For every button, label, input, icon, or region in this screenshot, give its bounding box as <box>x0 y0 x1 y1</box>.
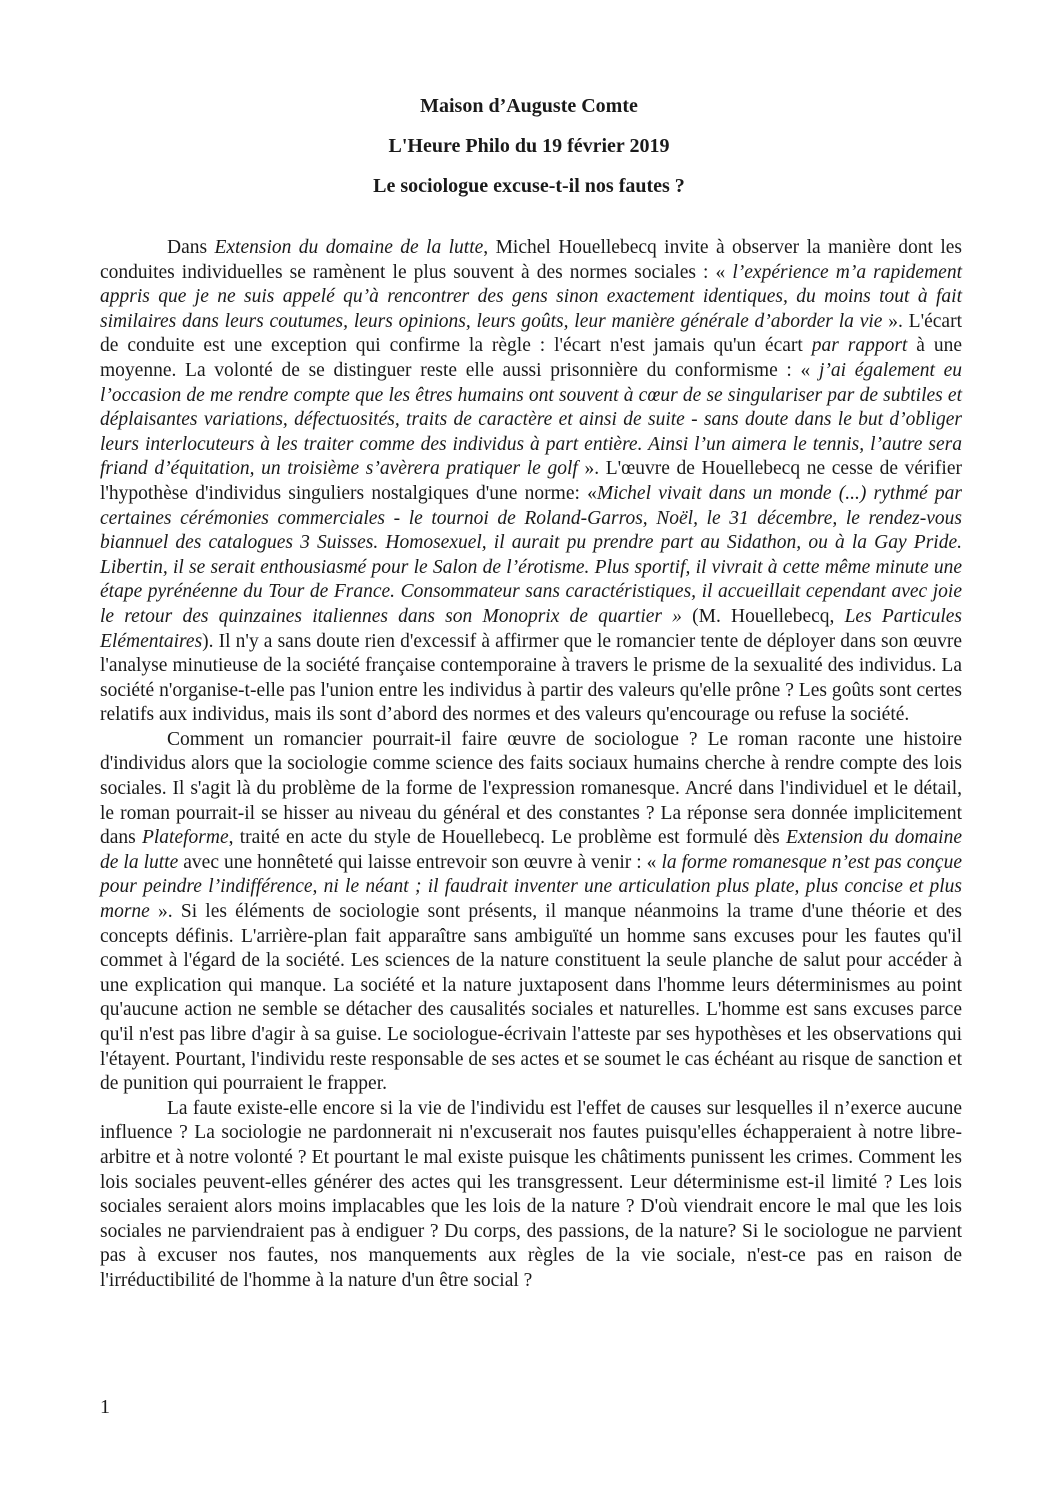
paragraph: La faute existe-elle encore si la vie de… <box>100 1097 962 1294</box>
italic-run: Plateforme <box>142 827 229 848</box>
paragraph: Comment un romancier pourrait-il faire œ… <box>100 728 962 1097</box>
text-run: avec une honnêteté qui laisse entrevoir … <box>178 852 661 873</box>
text-run: Dans <box>167 237 214 258</box>
paragraph: Dans Extension du domaine de la lutte, M… <box>100 236 962 728</box>
document-body: Dans Extension du domaine de la lutte, M… <box>0 214 1058 1294</box>
italic-run: Extension du domaine de la lutte <box>214 237 483 258</box>
text-run: , traité en acte du style de Houellebecq… <box>229 827 786 848</box>
page-number: 1 <box>100 1396 110 1419</box>
title-line-2: Le sociologue excuse-t-il nos fautes ? <box>0 174 1058 198</box>
text-run: ). Il n'y a sans doute rien d'excessif à… <box>100 631 962 726</box>
italic-run: par rapport <box>812 335 908 356</box>
title-line-1: L'Heure Philo du 19 février 2019 <box>0 134 1058 158</box>
title-block: Maison d’Auguste ComteL'Heure Philo du 1… <box>0 0 1058 198</box>
title-line-0: Maison d’Auguste Comte <box>0 94 1058 118</box>
document-page: Maison d’Auguste ComteL'Heure Philo du 1… <box>0 0 1058 1294</box>
text-run: La faute existe-elle encore si la vie de… <box>100 1098 962 1291</box>
text-run: ». Si les éléments de sociologie sont pr… <box>100 901 962 1094</box>
text-run: (M. Houellebecq, <box>682 606 845 627</box>
